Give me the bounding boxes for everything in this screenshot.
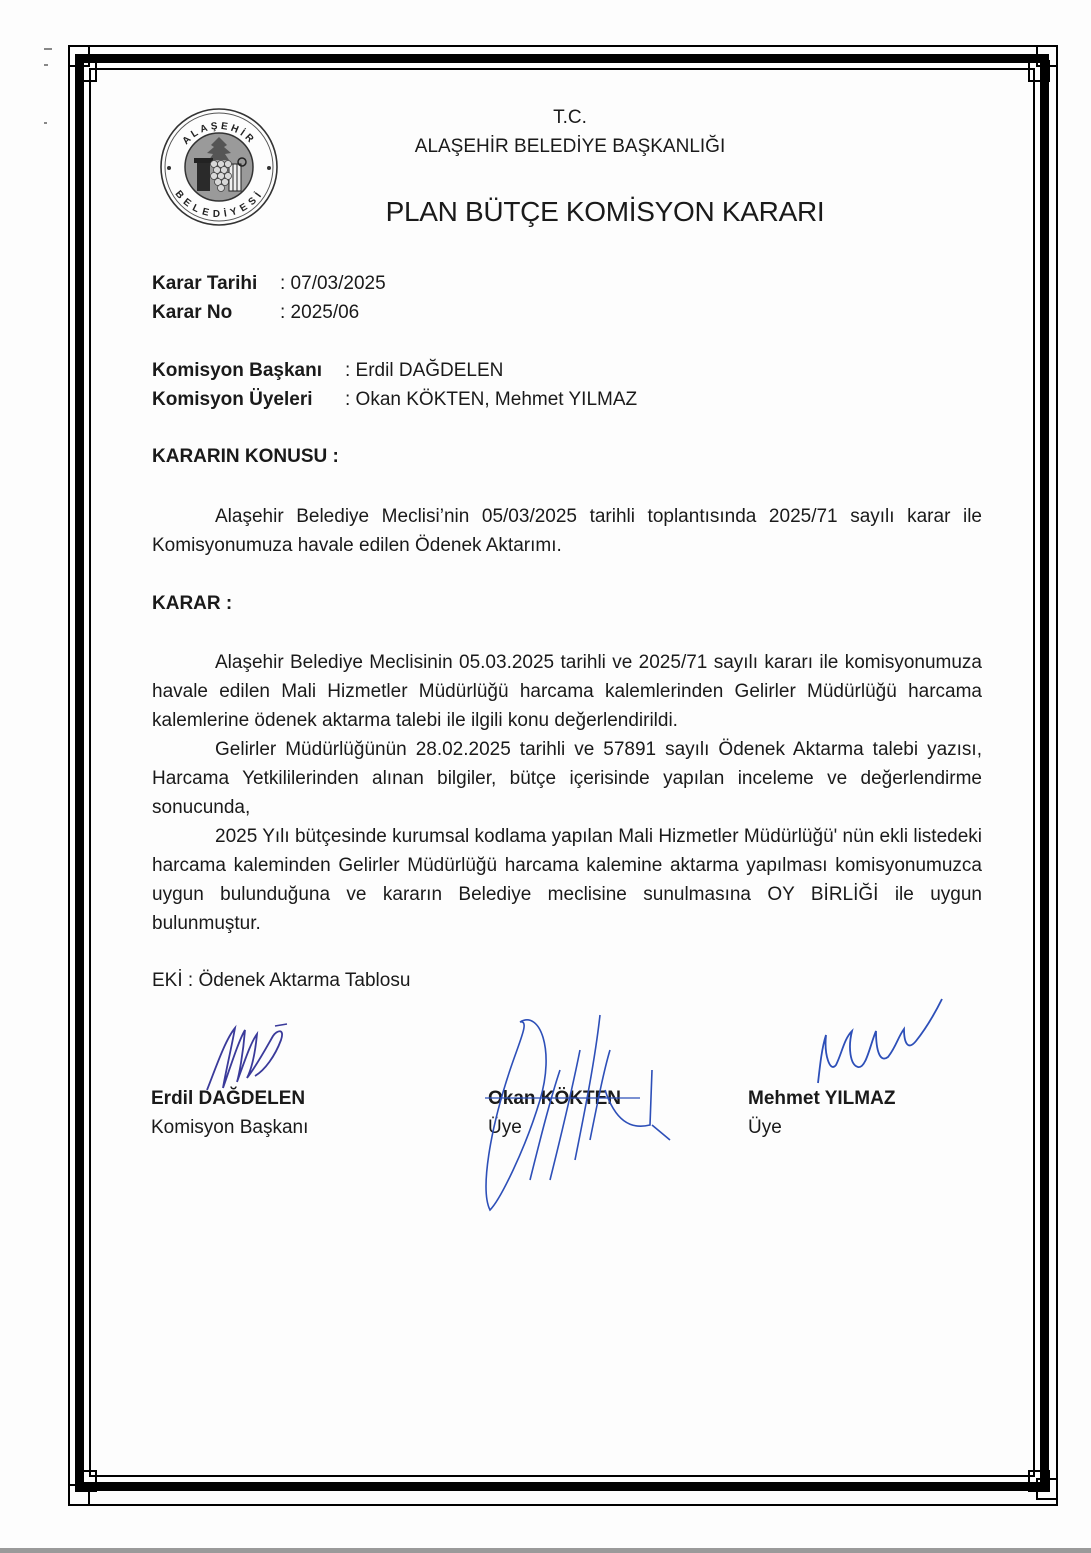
organization-name: ALAŞEHİR BELEDİYE BAŞKANLIĞI xyxy=(390,136,750,158)
subject-heading: KARARIN KONUSU : xyxy=(152,446,339,468)
decision-body: Alaşehir Belediye Meclisinin 05.03.2025 … xyxy=(152,648,982,938)
field-label: Komisyon Üyeleri xyxy=(152,385,345,414)
page-edge xyxy=(0,1548,1091,1553)
decision-date-value: : 07/03/2025 xyxy=(280,269,386,298)
frame-corner-ornament xyxy=(1028,1470,1050,1492)
signatory-role: Komisyon Başkanı xyxy=(151,1113,308,1142)
field-label: Komisyon Başkanı xyxy=(152,356,345,385)
decision-paragraph: Alaşehir Belediye Meclisinin 05.03.2025 … xyxy=(152,648,982,735)
frame-corner-ornament xyxy=(1028,60,1050,82)
decision-number-value: : 2025/06 xyxy=(280,298,359,327)
handwritten-signature-icon xyxy=(195,1020,305,1100)
commission-members-value: : Okan KÖKTEN, Mehmet YILMAZ xyxy=(345,385,637,414)
commission-info: Komisyon Başkanı : Erdil DAĞDELEN Komisy… xyxy=(152,356,637,414)
signatory-member-2: Mehmet YILMAZ Üye xyxy=(748,1084,895,1142)
decision-paragraph: Gelirler Müdürlüğünün 28.02.2025 tarihli… xyxy=(152,735,982,822)
decision-heading: KARAR : xyxy=(152,593,232,615)
field-label: Karar Tarihi xyxy=(152,269,280,298)
commission-chair-row: Komisyon Başkanı : Erdil DAĞDELEN xyxy=(152,356,637,385)
municipality-seal-icon: ALAŞEHİR BELEDİYESİ xyxy=(156,106,282,228)
frame-corner-ornament xyxy=(75,60,97,82)
decision-paragraph: 2025 Yılı bütçesinde kurumsal kodlama ya… xyxy=(152,822,982,938)
decision-number-row: Karar No : 2025/06 xyxy=(152,298,386,327)
subject-paragraph: Alaşehir Belediye Meclisi’nin 05/03/2025… xyxy=(152,502,982,560)
field-label: Karar No xyxy=(152,298,280,327)
subject-text: Alaşehir Belediye Meclisi’nin 05/03/2025… xyxy=(152,502,982,560)
scan-marks xyxy=(44,44,56,304)
annex-note: EKİ : Ödenek Aktarma Tablosu xyxy=(152,970,410,992)
decision-info: Karar Tarihi : 07/03/2025 Karar No : 202… xyxy=(152,269,386,327)
state-abbreviation: T.C. xyxy=(410,107,730,129)
commission-members-row: Komisyon Üyeleri : Okan KÖKTEN, Mehmet Y… xyxy=(152,385,637,414)
handwritten-signature-icon xyxy=(480,1010,680,1220)
commission-chair-value: : Erdil DAĞDELEN xyxy=(345,356,503,385)
decision-date-row: Karar Tarihi : 07/03/2025 xyxy=(152,269,386,298)
handwritten-signature-icon xyxy=(800,995,950,1090)
signatory-role: Üye xyxy=(748,1113,895,1142)
frame-corner-ornament xyxy=(75,1470,97,1492)
document-title: PLAN BÜTÇE KOMİSYON KARARI xyxy=(340,196,870,228)
